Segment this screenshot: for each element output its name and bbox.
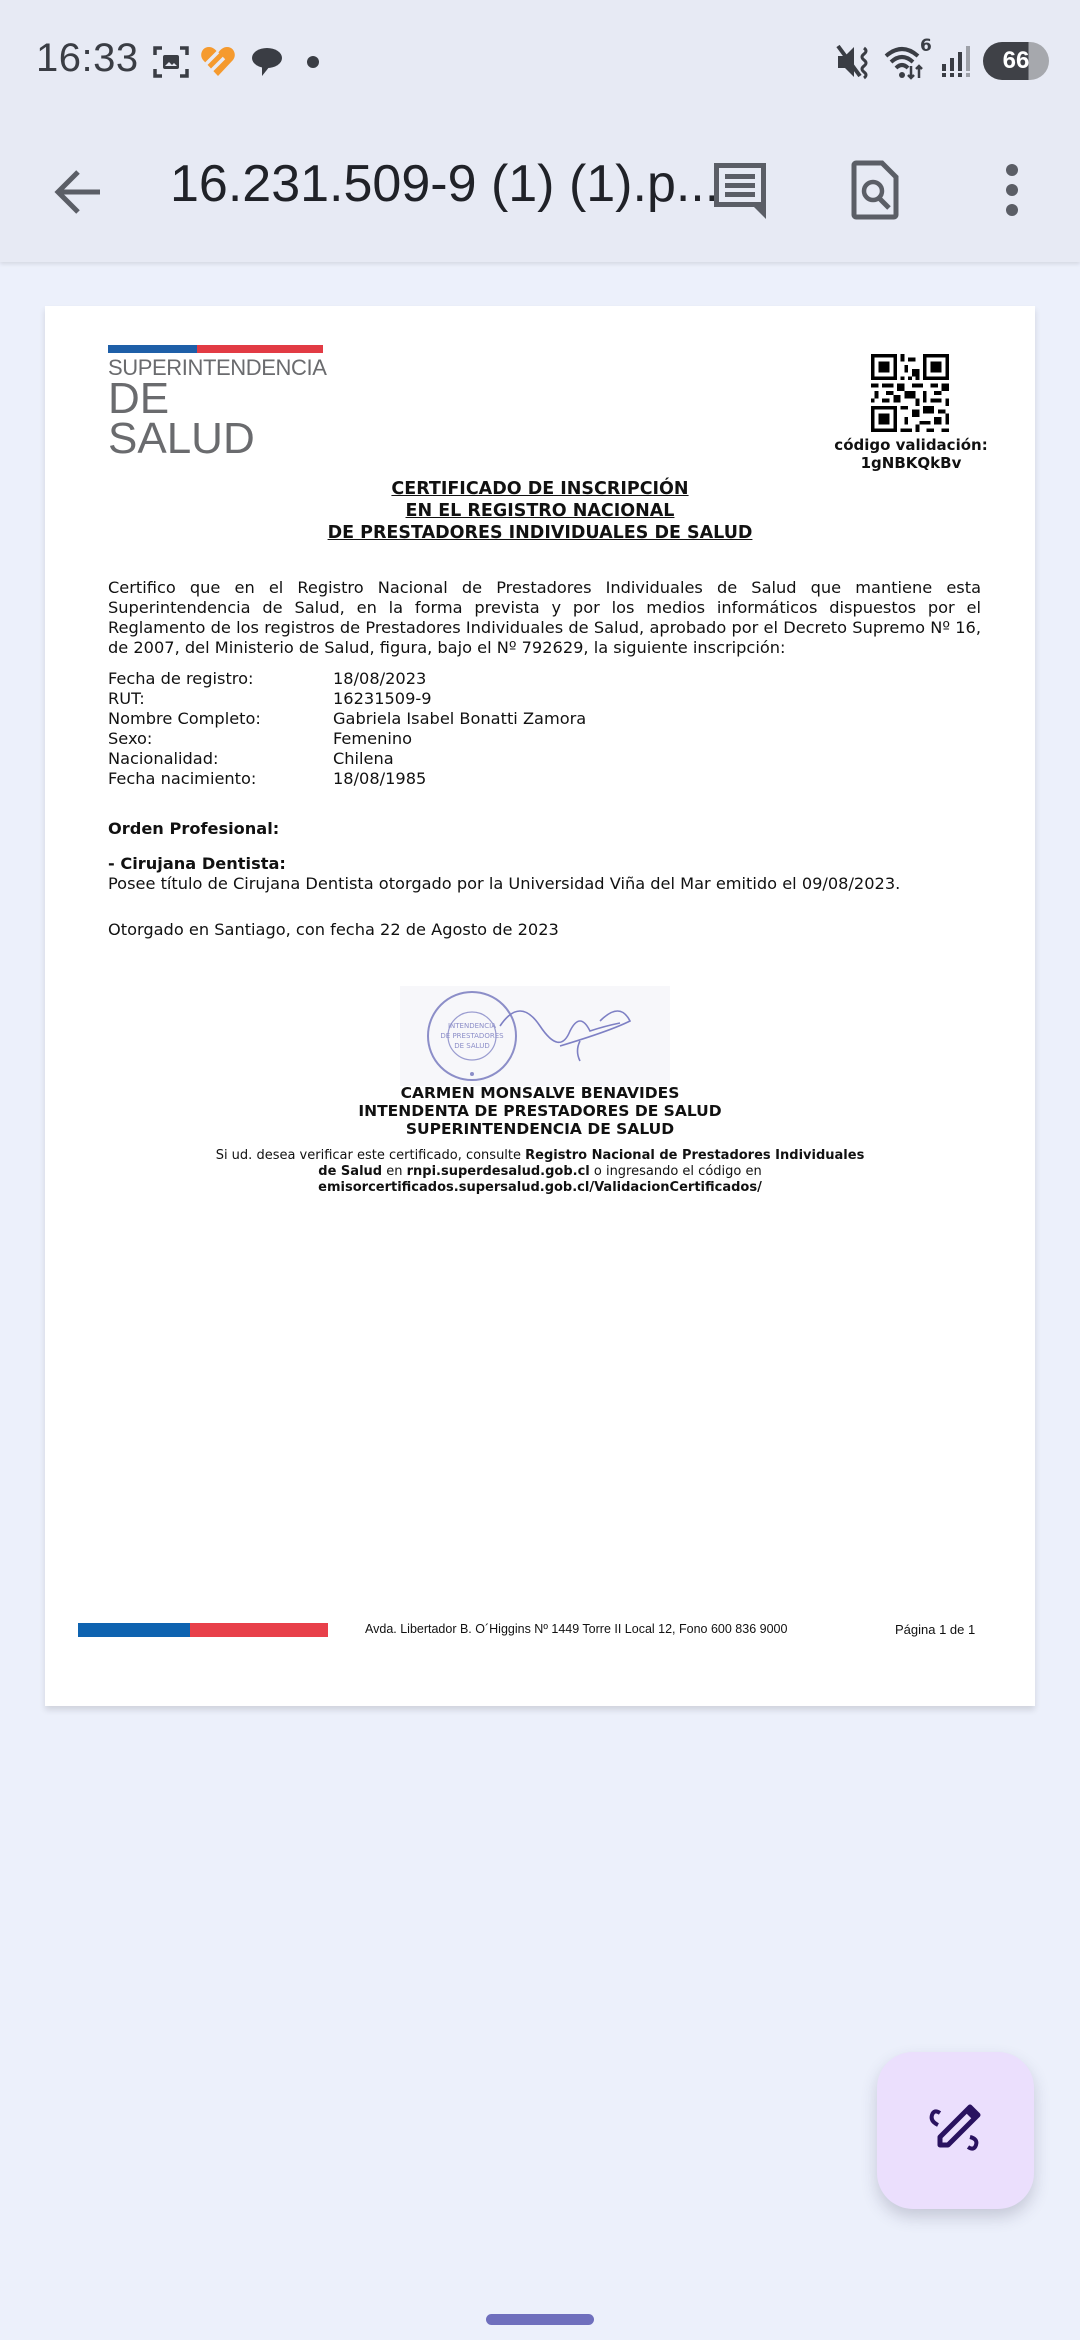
field-row: RUT:16231509-9	[108, 689, 586, 709]
more-vert-icon	[1002, 162, 1022, 218]
app-bar: 16.231.509-9 (1) (1).p...	[0, 120, 1080, 262]
field-row: Fecha nacimiento:18/08/1985	[108, 769, 586, 789]
svg-text:INTENDENCIA: INTENDENCIA	[448, 1022, 496, 1030]
footer-address: Avda. Libertador B. O´Higgins Nº 1449 To…	[365, 1622, 787, 1636]
footer-color-bar	[78, 1623, 328, 1637]
field-row: Nombre Completo:Gabriela Isabel Bonatti …	[108, 709, 586, 729]
battery-icon: 66	[983, 42, 1049, 80]
signal-icon	[940, 44, 972, 78]
validation-code-value: 1gNBKQkBv	[825, 454, 997, 472]
arrow-back-icon	[50, 160, 110, 220]
verify-text: o ingresando el código en	[590, 1164, 762, 1179]
heading-line: EN EL REGISTRO NACIONAL	[45, 500, 1035, 522]
field-value: 16231509-9	[333, 689, 432, 709]
draw-pen-icon	[926, 2101, 986, 2161]
signatory-role: INTENDENTA DE PRESTADORES DE SALUD	[45, 1102, 1035, 1120]
orden-profesional-title: Orden Profesional:	[108, 819, 279, 838]
page-number: Página 1 de 1	[895, 1622, 975, 1637]
annotate-fab[interactable]	[877, 2052, 1034, 2209]
certificate-heading: CERTIFICADO DE INSCRIPCIÓN EN EL REGISTR…	[45, 478, 1035, 544]
signatory-name: CARMEN MONSALVE BENAVIDES	[45, 1084, 1035, 1102]
field-value: 18/08/1985	[333, 769, 426, 789]
heading-line: CERTIFICADO DE INSCRIPCIÓN	[45, 478, 1035, 500]
field-label: Sexo:	[108, 729, 333, 749]
qr-code-icon	[871, 354, 949, 432]
logo-line-2: DE SALUD	[108, 379, 323, 459]
wifi-badge: 6	[920, 36, 932, 56]
heading-line: DE PRESTADORES INDIVIDUALES DE SALUD	[45, 522, 1035, 544]
document-title: 16.231.509-9 (1) (1).p...	[170, 154, 719, 214]
gesture-navigation-bar[interactable]	[486, 2314, 594, 2325]
profession-text: Posee título de Cirujana Dentista otorga…	[108, 874, 900, 894]
validation-code: código validación: 1gNBKQkBv	[825, 436, 997, 472]
granted-text: Otorgado en Santiago, con fecha 22 de Ag…	[108, 920, 559, 939]
comments-icon	[710, 159, 770, 221]
status-time: 16:33	[36, 36, 139, 81]
signature-stamp-icon: INTENDENCIA DE PRESTADORES DE SALUD	[400, 986, 670, 1086]
field-row: Nacionalidad:Chilena	[108, 749, 586, 769]
field-value: Gabriela Isabel Bonatti Zamora	[333, 709, 586, 729]
status-bar: 16:33 6	[0, 0, 1080, 120]
notification-dot-icon	[306, 55, 320, 69]
more-options-button[interactable]	[972, 150, 1052, 230]
field-label: Fecha de registro:	[108, 669, 333, 689]
chat-bubble-icon	[250, 46, 284, 78]
top-bar: 16:33 6	[0, 0, 1080, 262]
comments-button[interactable]	[700, 150, 780, 230]
pdf-page: SUPERINTENDENCIA DE SALUD código validac…	[45, 306, 1035, 1706]
screenshot-icon	[152, 44, 190, 80]
signatory-org: SUPERINTENDENCIA DE SALUD	[45, 1120, 1035, 1138]
field-label: Nombre Completo:	[108, 709, 333, 729]
validation-label: código validación:	[825, 436, 997, 454]
battery-level: 66	[1003, 47, 1030, 75]
field-row: Fecha de registro:18/08/2023	[108, 669, 586, 689]
field-value: 18/08/2023	[333, 669, 426, 689]
find-in-document-button[interactable]	[836, 150, 916, 230]
signatory-block: CARMEN MONSALVE BENAVIDES INTENDENTA DE …	[45, 1084, 1035, 1138]
verify-text: Si ud. desea verificar este certificado,…	[216, 1148, 525, 1163]
verify-link: rnpi.superdesalud.gob.cl	[407, 1164, 590, 1179]
svg-text:DE SALUD: DE SALUD	[454, 1042, 489, 1050]
field-value: Chilena	[333, 749, 394, 769]
verify-text: en	[382, 1164, 407, 1179]
field-label: RUT:	[108, 689, 333, 709]
find-in-document-icon	[851, 160, 901, 220]
profession-title: - Cirujana Dentista:	[108, 854, 900, 874]
intro-paragraph: Certifico que en el Registro Nacional de…	[108, 578, 981, 658]
back-button[interactable]	[50, 160, 110, 220]
svg-text:DE PRESTADORES: DE PRESTADORES	[440, 1032, 504, 1040]
superintendencia-logo: SUPERINTENDENCIA DE SALUD	[108, 345, 323, 459]
field-value: Femenino	[333, 729, 412, 749]
field-row: Sexo:Femenino	[108, 729, 586, 749]
profession-block: - Cirujana Dentista: Posee título de Cir…	[108, 854, 900, 894]
verify-url: emisorcertificados.supersalud.gob.cl/Val…	[318, 1180, 762, 1195]
field-label: Nacionalidad:	[108, 749, 333, 769]
verification-note: Si ud. desea verificar este certificado,…	[215, 1148, 865, 1196]
registration-fields: Fecha de registro:18/08/2023 RUT:1623150…	[108, 669, 586, 789]
field-label: Fecha nacimiento:	[108, 769, 333, 789]
mute-vibrate-icon	[836, 44, 874, 80]
orange-heart-app-icon	[200, 44, 236, 78]
